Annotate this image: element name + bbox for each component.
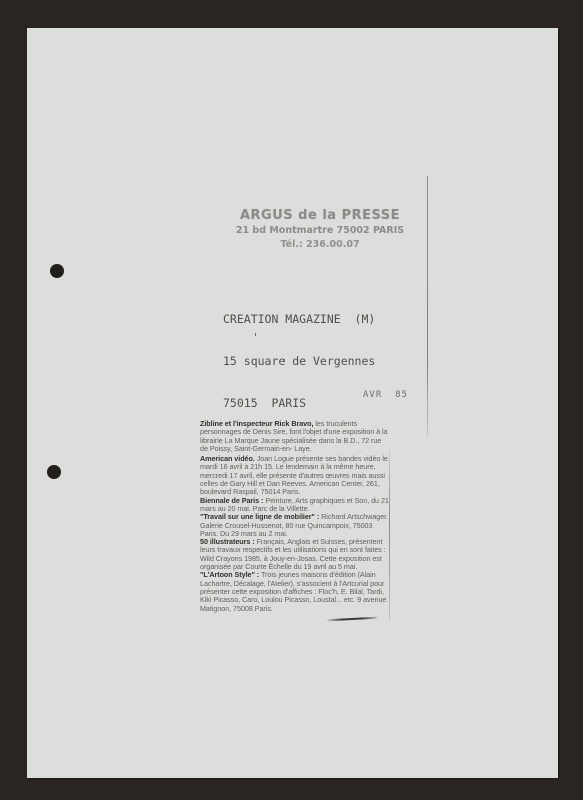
- clipping-edge-line: [389, 450, 390, 620]
- clipping-item: Biennale de Paris : Peinture, Arts graph…: [200, 497, 390, 514]
- punch-hole-top: [50, 264, 64, 278]
- pen-underline-mark: [327, 617, 377, 622]
- document-page: ARGUS de la PRESSE 21 bd Montmartre 7500…: [27, 28, 558, 778]
- address-line-2: 15 square de Vergennes: [223, 354, 375, 368]
- clipping-item: American vidéo. Joan Logue présente ses …: [200, 455, 390, 496]
- clipping-item: "L'Artoon Style" : Trois jeunes maisons …: [200, 571, 390, 612]
- ink-speck: [255, 333, 256, 336]
- clipping-item: 50 illustrateurs : Français, Anglais et …: [200, 538, 390, 571]
- stamp-telephone: Tél.: 236.00.07: [220, 239, 420, 250]
- recipient-address: CREATION MAGAZINE (M) 15 square de Verge…: [223, 284, 375, 438]
- newspaper-clipping: Zibline et l'inspecteur Rick Bravo, les …: [200, 420, 390, 613]
- vertical-rule: [427, 176, 428, 436]
- clipping-item: Zibline et l'inspecteur Rick Bravo, les …: [200, 420, 390, 453]
- punch-hole-bottom: [47, 465, 61, 479]
- clipping-item: "Travail sur une ligne de mobilier" : Ri…: [200, 513, 390, 538]
- stamp-address: 21 bd Montmartre 75002 PARIS: [220, 225, 420, 236]
- press-agency-stamp: ARGUS de la PRESSE 21 bd Montmartre 7500…: [220, 208, 420, 250]
- address-line-1: CREATION MAGAZINE (M): [223, 312, 375, 326]
- stamp-title: ARGUS de la PRESSE: [220, 208, 420, 223]
- date-stamp: AVR 85: [363, 390, 408, 400]
- address-line-3: 75015 PARIS: [223, 396, 375, 410]
- ink-speck: [284, 359, 285, 362]
